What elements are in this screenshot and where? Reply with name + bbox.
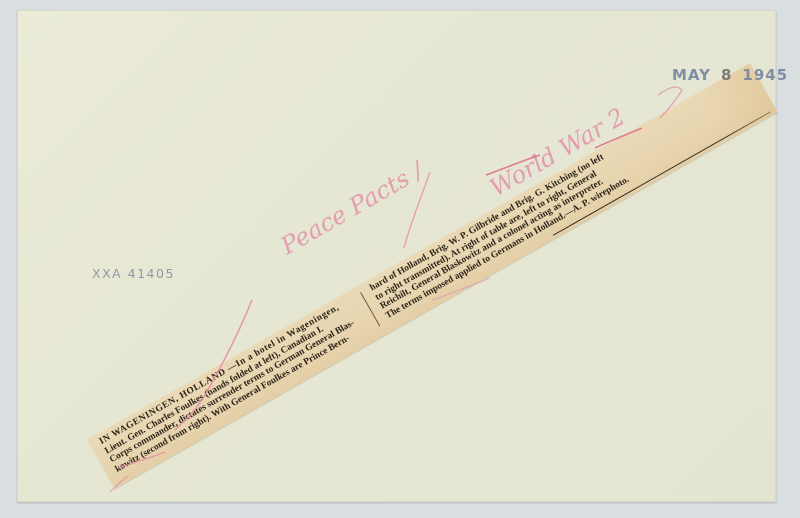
date-stamp: MAY81945: [672, 66, 788, 84]
date-year: 1945: [742, 66, 788, 84]
archive-id-stamp: XXA 41405: [92, 266, 175, 281]
date-day: 8: [721, 66, 732, 84]
date-month: MAY: [672, 66, 711, 84]
